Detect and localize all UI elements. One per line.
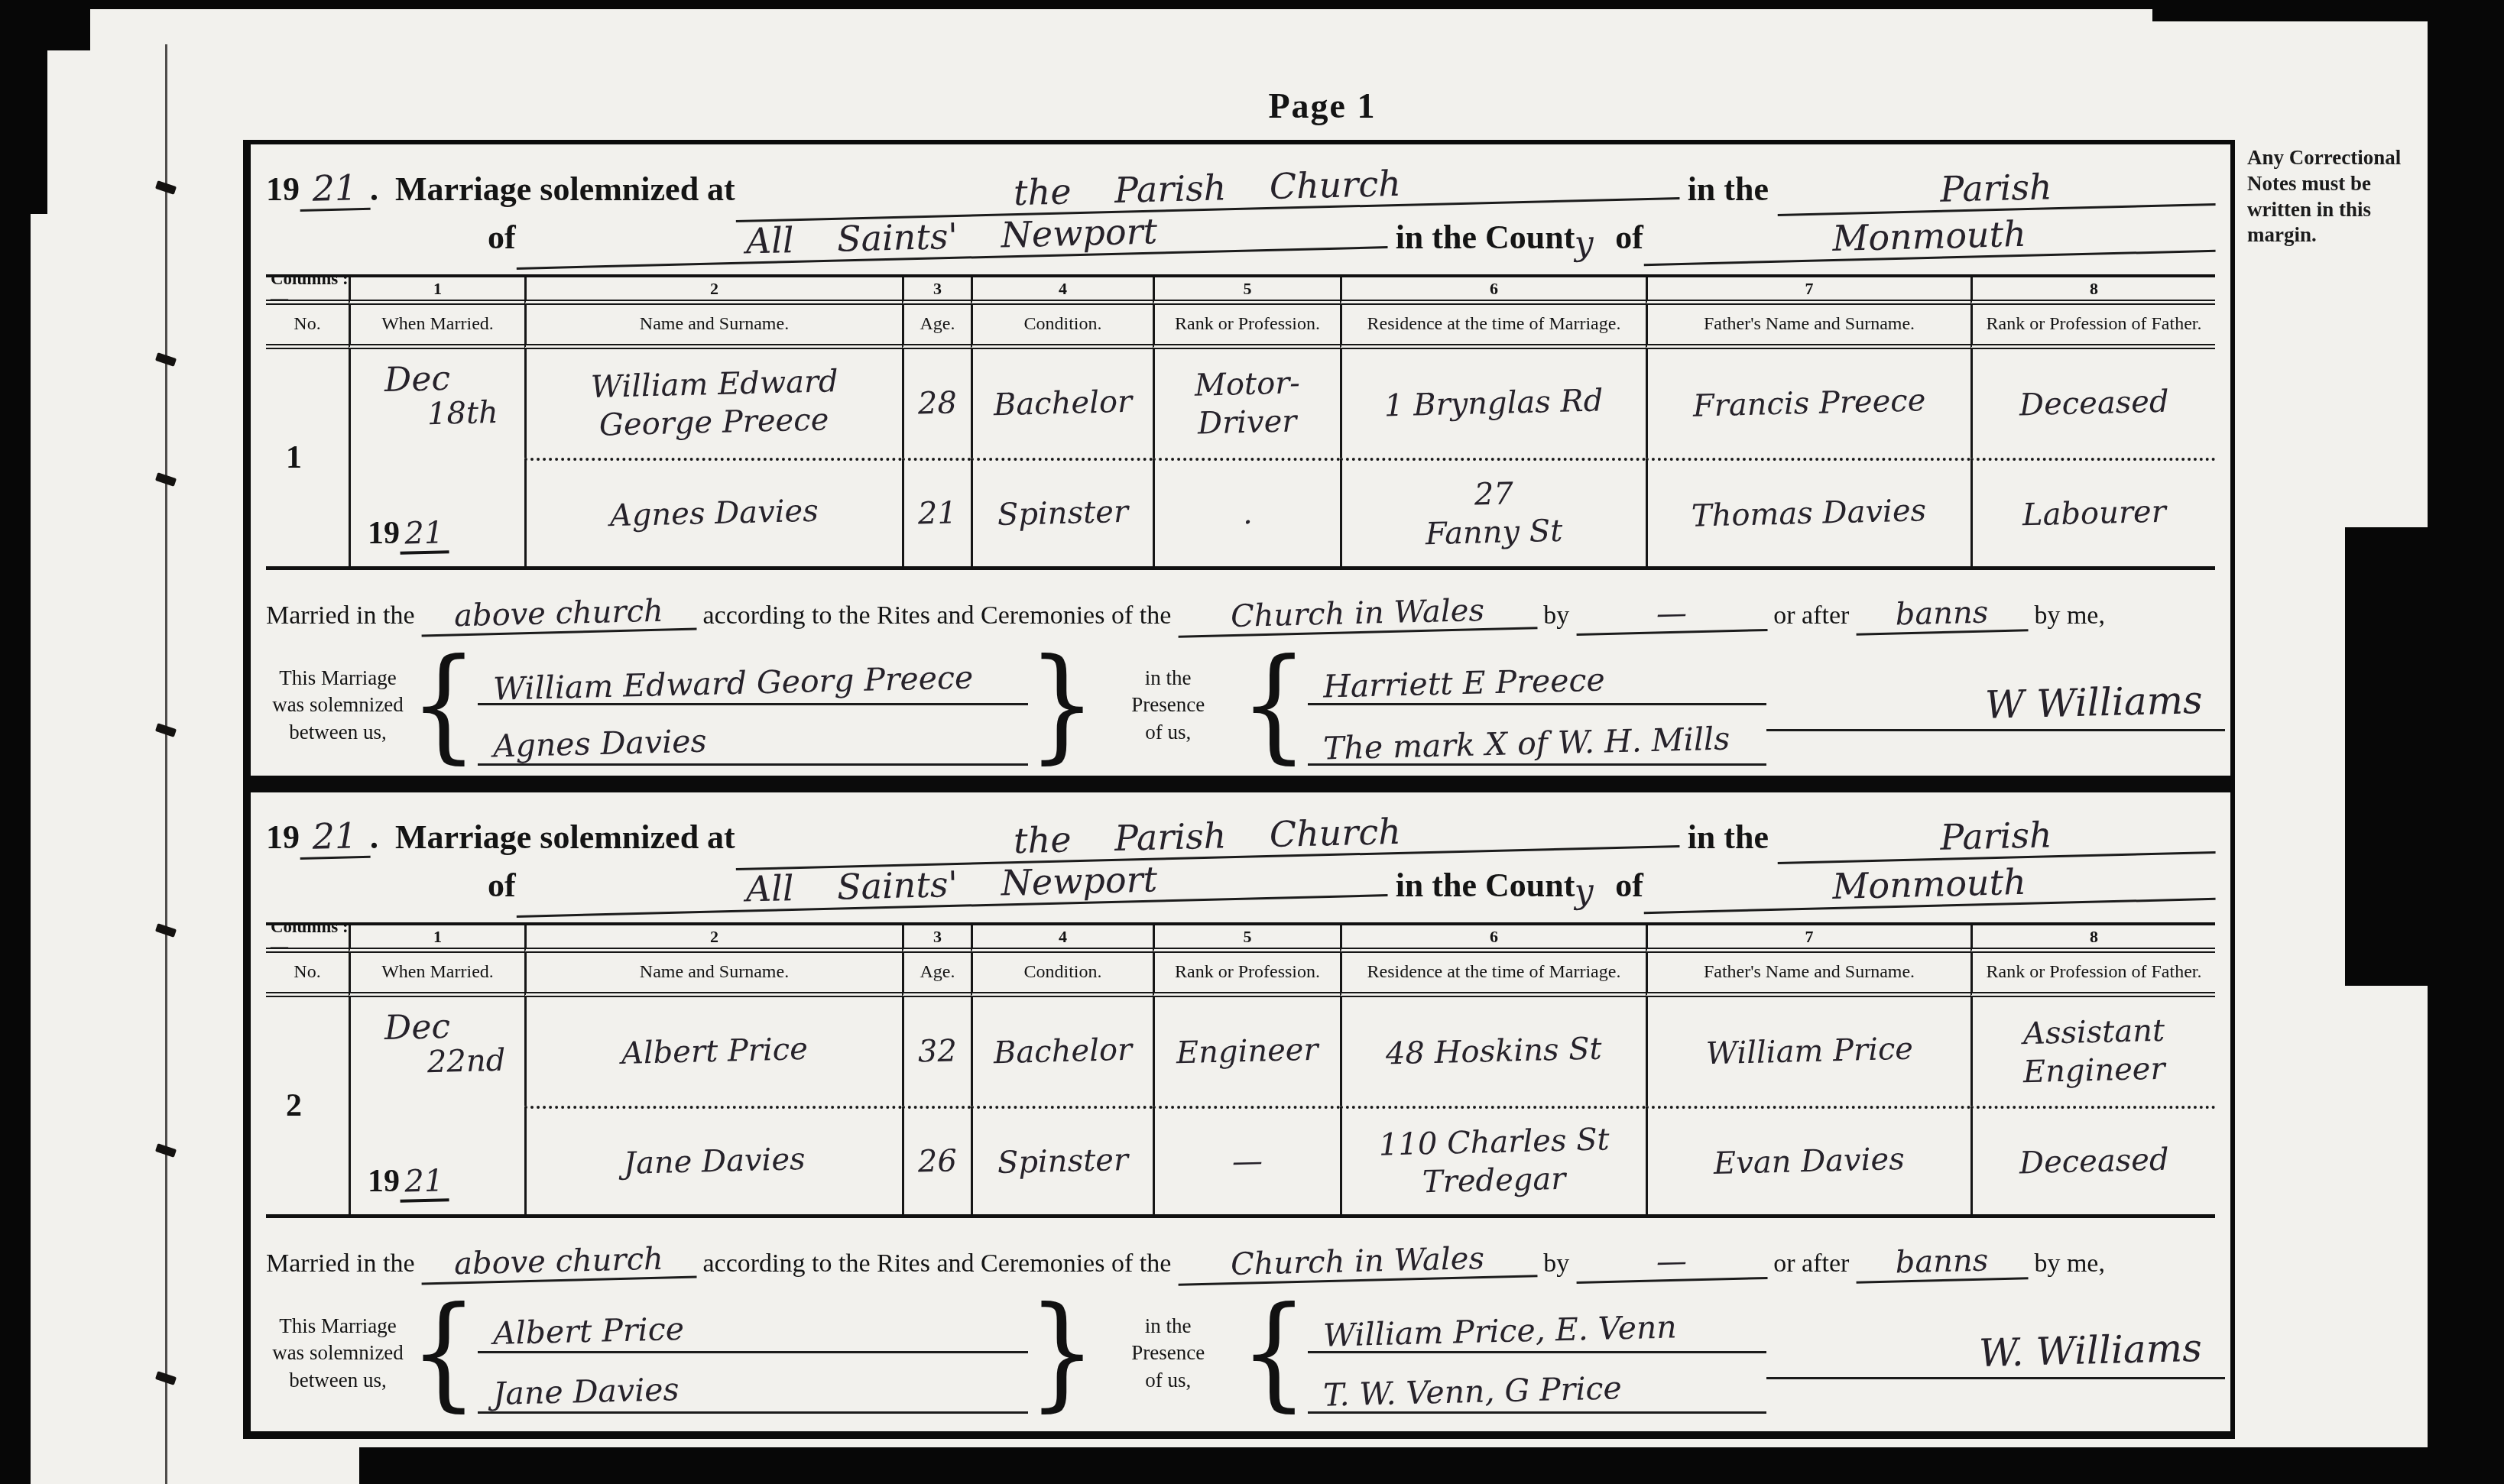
or-after-label: or after (1767, 1249, 1856, 1278)
marriage-day: 18th (427, 395, 498, 432)
header-line-2: of All Saints' Newport in the Count y of… (488, 215, 2215, 259)
scan-edge-left (0, 0, 31, 1484)
witness2-line: The mark X of W. H. Mills (1308, 705, 1766, 766)
bride-residence-line1: 110 Charles St (1378, 1120, 1610, 1164)
bride-name: Jane Davies (623, 1140, 806, 1183)
col-header-father-rank: Rank or Profession of Father. (1970, 305, 2215, 349)
bride-father-rank-cell: Deceased (1970, 1106, 2215, 1214)
of-label-2: of (1607, 218, 1643, 257)
solemnized-at-label: . Marriage solemnized at (370, 170, 735, 209)
witness-block: This Marriage was solemnized between us,… (266, 641, 2215, 770)
section-divider (246, 776, 2235, 792)
groom-rank-line2: Driver (1198, 402, 1298, 442)
col-header-when-married: When Married. (349, 305, 524, 349)
header-line-1: 1921. Marriage solemnized at the Parish … (266, 167, 2215, 211)
bride-condition: Spinster (997, 1141, 1128, 1182)
label-line: This Marriage (266, 665, 410, 692)
county-label: in the Count (1387, 218, 1575, 257)
bride-name-cell: Jane Davies (524, 1106, 902, 1214)
rites-label: according to the Rites and Ceremonies of… (696, 1249, 1178, 1278)
brace-open: { (410, 644, 478, 767)
witness1-signature: William Price, E. Venn (1323, 1308, 1678, 1353)
col-header-when-married: When Married. (349, 953, 524, 997)
label-line: Presence (1096, 1340, 1240, 1366)
county-y-handwritten: y (1575, 871, 1607, 911)
col-header-residence: Residence at the time of Marriage. (1340, 953, 1646, 997)
bride-rank-cell: . (1153, 458, 1340, 566)
col-num-1: 1 (349, 277, 524, 305)
officiant-area: W Williams (1766, 680, 2228, 731)
of-label-2: of (1607, 866, 1643, 905)
parish-value: Parish (1776, 162, 2215, 216)
columns-label: Columns :— (266, 925, 349, 953)
groom-rank-line1: Motor- (1194, 364, 1300, 404)
bride-father-cell: Thomas Davies (1646, 458, 1970, 566)
brace-open: { (1240, 644, 1308, 767)
col-num-2: 2 (524, 925, 902, 953)
groom-condition: Bachelor (993, 1031, 1132, 1072)
entry-number: 1 (266, 349, 349, 566)
label-line: between us, (266, 719, 410, 746)
married-in-line: Married in the above church according to… (266, 1244, 2215, 1281)
bride-condition-cell: Spinster (971, 1106, 1153, 1214)
bride-age-cell: 21 (902, 458, 971, 566)
solemnized-between-label: This Marriage was solemnized between us, (266, 1313, 410, 1393)
groom-residence-cell: 48 Hoskins St (1340, 997, 1646, 1106)
brace-open: { (410, 1292, 478, 1415)
rites-value: Church in Wales (1177, 591, 1537, 637)
year-handwritten-cell: 21 (399, 1163, 449, 1203)
groom-rank-line1: Engineer (1176, 1031, 1319, 1073)
label-line: between us, (266, 1367, 410, 1394)
label-line: was solemnized (266, 1340, 410, 1366)
by-me-label: by me, (2028, 601, 2105, 630)
bride-age-cell: 26 (902, 1106, 971, 1214)
groom-condition: Bachelor (993, 383, 1132, 424)
witness2-signature: The mark X of W. H. Mills (1323, 721, 1730, 767)
col-num-1: 1 (349, 925, 524, 953)
bride-father-rank-cell: Labourer (1970, 458, 2215, 566)
parish-value: Parish (1776, 810, 2215, 864)
bride-age: 26 (917, 1142, 957, 1181)
col-num-8: 8 (1970, 925, 2215, 953)
col-header-name: Name and Surname. (524, 305, 902, 349)
year-handwritten-cell: 21 (399, 515, 449, 555)
bride-rank-cell: — (1153, 1106, 1340, 1214)
marriage-month: Dec (384, 359, 450, 400)
groom-name-line1: Albert Price (621, 1030, 808, 1073)
year-printed-cell: 19 (368, 515, 400, 552)
col-num-5: 5 (1153, 277, 1340, 305)
bride-residence-cell: 110 Charles StTredegar (1340, 1106, 1646, 1214)
presence-label: in the Presence of us, (1096, 665, 1240, 745)
officiant-signature-line (1766, 1377, 2225, 1379)
groom-father-rank-cell: Deceased (1970, 349, 2215, 458)
solemnized-between-label: This Marriage was solemnized between us, (266, 665, 410, 745)
margin-note: Any Correctional Notes must be written i… (2247, 145, 2429, 248)
groom-condition-cell: Bachelor (971, 997, 1153, 1106)
married-in-line: Married in the above church according to… (266, 596, 2215, 633)
witness-signatures: William Price, E. Venn T. W. Venn, G Pri… (1308, 1293, 1766, 1414)
groom-father-rank-line1: Assistant (2022, 1012, 2165, 1054)
groom-father-rank-line1: Deceased (2019, 383, 2169, 425)
marriage-register-form: 1921. Marriage solemnized at the Parish … (243, 140, 2235, 1439)
bride-residence-line2: Tredegar (1422, 1160, 1565, 1202)
married-in-label: Married in the (266, 1249, 421, 1278)
bride-residence-line1: 27 (1474, 475, 1513, 514)
witness-signatures: Harriett E Preece The mark X of W. H. Mi… (1308, 645, 1766, 766)
by-value: — (1575, 594, 1767, 636)
page-number: Page 1 (1192, 86, 1452, 126)
col-num-4: 4 (971, 277, 1153, 305)
groom-signature-line: William Edward Georg Preece (478, 645, 1028, 705)
bride-signature: Jane Davies (493, 1371, 680, 1412)
groom-name-cell: Albert Price (524, 997, 902, 1106)
bride-name: Agnes Davies (610, 492, 819, 536)
label-line: of us, (1096, 1367, 1240, 1394)
brace-close: } (1028, 644, 1096, 767)
groom-signature: Albert Price (493, 1311, 685, 1352)
col-header-condition: Condition. (971, 305, 1153, 349)
rites-label: according to the Rites and Ceremonies of… (696, 601, 1178, 630)
groom-residence-line1: 1 Brynglas Rd (1384, 382, 1604, 426)
record-section-1: 1921. Marriage solemnized at the Parish … (251, 167, 2230, 776)
by-value: — (1575, 1242, 1767, 1284)
scan-edge-top (0, 0, 2504, 9)
groom-rank-cell: Engineer (1153, 997, 1340, 1106)
bride-father-rank: Deceased (2019, 1141, 2169, 1183)
rites-value: Church in Wales (1177, 1239, 1537, 1285)
groom-rank-cell: Motor-Driver (1153, 349, 1340, 458)
by-me-label: by me, (2028, 1249, 2105, 1278)
bride-condition-cell: Spinster (971, 458, 1153, 566)
groom-signature: William Edward Georg Preece (493, 659, 974, 707)
witness2-signature: T. W. Venn, G Price (1323, 1369, 1623, 1414)
groom-father-rank-cell: AssistantEngineer (1970, 997, 2215, 1106)
label-line: was solemnized (266, 692, 410, 718)
label-line: in the (1096, 1313, 1240, 1340)
groom-signature-line: Albert Price (478, 1293, 1028, 1353)
groom-father-rank-line2: Engineer (2022, 1050, 2165, 1092)
col-num-5: 5 (1153, 925, 1340, 953)
witness-block: This Marriage was solemnized between us,… (266, 1289, 2215, 1418)
col-num-7: 7 (1646, 277, 1970, 305)
marriage-month: Dec (384, 1007, 450, 1048)
after-value: banns (1855, 1242, 2028, 1283)
bride-signature-line: Agnes Davies (478, 705, 1028, 766)
of-label: of (488, 218, 516, 257)
binding-fold-line (165, 44, 167, 1484)
groom-father-cell: Francis Preece (1646, 349, 1970, 458)
groom-name-line1: William Edward (590, 362, 838, 407)
bride-residence-cell: 27Fanny St (1340, 458, 1646, 566)
col-num-8: 8 (1970, 277, 2215, 305)
officiant-area: W. Williams (1766, 1328, 2228, 1379)
entry-number: 2 (266, 997, 349, 1214)
label-line: of us, (1096, 719, 1240, 746)
bride-father-name: Thomas Davies (1691, 491, 1927, 535)
register-table: Columns :— 1 2 3 4 5 6 7 8 No. When Marr… (266, 922, 2215, 1218)
header-line-2: of All Saints' Newport in the Count y of… (488, 864, 2215, 907)
witness1-signature: Harriett E Preece (1323, 662, 1606, 705)
county-value: Monmouth (1643, 209, 2215, 266)
col-header-no: No. (266, 953, 349, 997)
bride-residence-line2: Fanny St (1425, 512, 1562, 553)
brace-close: } (1028, 1292, 1096, 1415)
groom-father-name: Francis Preece (1692, 381, 1926, 425)
year-printed: 19 (266, 818, 300, 857)
of-label: of (488, 866, 516, 905)
year-handwritten: 21 (299, 167, 370, 212)
county-value: Monmouth (1643, 857, 2215, 914)
groom-age: 32 (917, 1032, 957, 1071)
bride-signature: Agnes Davies (493, 723, 708, 765)
binding-tab-right (2345, 527, 2431, 986)
groom-residence-cell: 1 Brynglas Rd (1340, 349, 1646, 458)
bride-condition: Spinster (997, 493, 1128, 534)
officiant-signature: W. Williams (1979, 1325, 2226, 1375)
groom-father-cell: William Price (1646, 997, 1970, 1106)
col-num-2: 2 (524, 277, 902, 305)
col-header-father-rank: Rank or Profession of Father. (1970, 953, 2215, 997)
groom-father-name: William Price (1705, 1030, 1913, 1074)
or-after-label: or after (1767, 601, 1856, 630)
officiant-signature: W Williams (1984, 677, 2226, 727)
couple-signatures: William Edward Georg Preece Agnes Davies (478, 645, 1028, 766)
bride-father-cell: Evan Davies (1646, 1106, 1970, 1214)
label-line: Presence (1096, 692, 1240, 718)
register-scan-page: Page 1 Any Correctional Notes must be wr… (0, 0, 2504, 1484)
brace-open: { (1240, 1292, 1308, 1415)
col-num-4: 4 (971, 925, 1153, 953)
bride-rank: — (1231, 1142, 1263, 1181)
groom-name-cell: William EdwardGeorge Preece (524, 349, 902, 458)
year-printed: 19 (266, 170, 300, 209)
col-header-condition: Condition. (971, 953, 1153, 997)
bride-age: 21 (917, 494, 957, 533)
header-line-1: 1921. Marriage solemnized at the Parish … (266, 815, 2215, 859)
year-handwritten: 21 (299, 815, 370, 860)
presence-label: in the Presence of us, (1096, 1313, 1240, 1393)
county-label: in the Count (1387, 866, 1575, 905)
bride-name-cell: Agnes Davies (524, 458, 902, 566)
groom-age-cell: 28 (902, 349, 971, 458)
groom-condition-cell: Bachelor (971, 349, 1153, 458)
witness2-line: T. W. Venn, G Price (1308, 1353, 1766, 1414)
label-line: in the (1096, 665, 1240, 692)
couple-signatures: Albert Price Jane Davies (478, 1293, 1028, 1414)
col-num-3: 3 (902, 925, 971, 953)
married-in-label: Married in the (266, 601, 421, 630)
witness1-line: William Price, E. Venn (1308, 1293, 1766, 1353)
married-in-value: above church (420, 593, 696, 637)
record-section-2: 1921. Marriage solemnized at the Parish … (251, 815, 2230, 1473)
bride-rank: . (1242, 494, 1253, 533)
groom-name-line2: George Preece (599, 400, 829, 444)
bride-signature-line: Jane Davies (478, 1353, 1028, 1414)
col-num-3: 3 (902, 277, 971, 305)
col-header-father: Father's Name and Surname. (1646, 305, 1970, 349)
col-num-6: 6 (1340, 925, 1646, 953)
officiant-signature-line (1766, 729, 2225, 731)
when-married-cell: Dec 18th 1921 (349, 349, 524, 566)
solemnized-at-label: . Marriage solemnized at (370, 818, 735, 857)
col-header-rank: Rank or Profession. (1153, 305, 1340, 349)
by-label: by (1537, 601, 1576, 630)
scan-edge-left-upper (0, 0, 47, 214)
col-header-name: Name and Surname. (524, 953, 902, 997)
groom-residence-line1: 48 Hoskins St (1386, 1030, 1603, 1074)
bride-father-name: Evan Davies (1714, 1140, 1906, 1183)
columns-label: Columns :— (266, 277, 349, 305)
after-value: banns (1855, 594, 2028, 635)
label-line: This Marriage (266, 1313, 410, 1340)
col-header-residence: Residence at the time of Marriage. (1340, 305, 1646, 349)
when-married-cell: Dec 22nd 1921 (349, 997, 524, 1214)
col-header-no: No. (266, 305, 349, 349)
col-num-6: 6 (1340, 277, 1646, 305)
register-table: Columns :— 1 2 3 4 5 6 7 8 No. When Marr… (266, 274, 2215, 570)
in-the-label: in the (1679, 818, 1777, 857)
year-printed-cell: 19 (368, 1163, 400, 1200)
marriage-day: 22nd (427, 1043, 505, 1080)
county-y-handwritten: y (1575, 223, 1607, 263)
witness1-line: Harriett E Preece (1308, 645, 1766, 705)
groom-age: 28 (917, 384, 957, 423)
col-header-age: Age. (902, 305, 971, 349)
scan-edge-right (2428, 0, 2504, 1484)
bride-father-rank: Labourer (2022, 493, 2166, 535)
by-label: by (1537, 1249, 1576, 1278)
col-header-father: Father's Name and Surname. (1646, 953, 1970, 997)
col-header-age: Age. (902, 953, 971, 997)
married-in-value: above church (420, 1241, 696, 1285)
col-num-7: 7 (1646, 925, 1970, 953)
in-the-label: in the (1679, 170, 1777, 209)
groom-age-cell: 32 (902, 997, 971, 1106)
col-header-rank: Rank or Profession. (1153, 953, 1340, 997)
